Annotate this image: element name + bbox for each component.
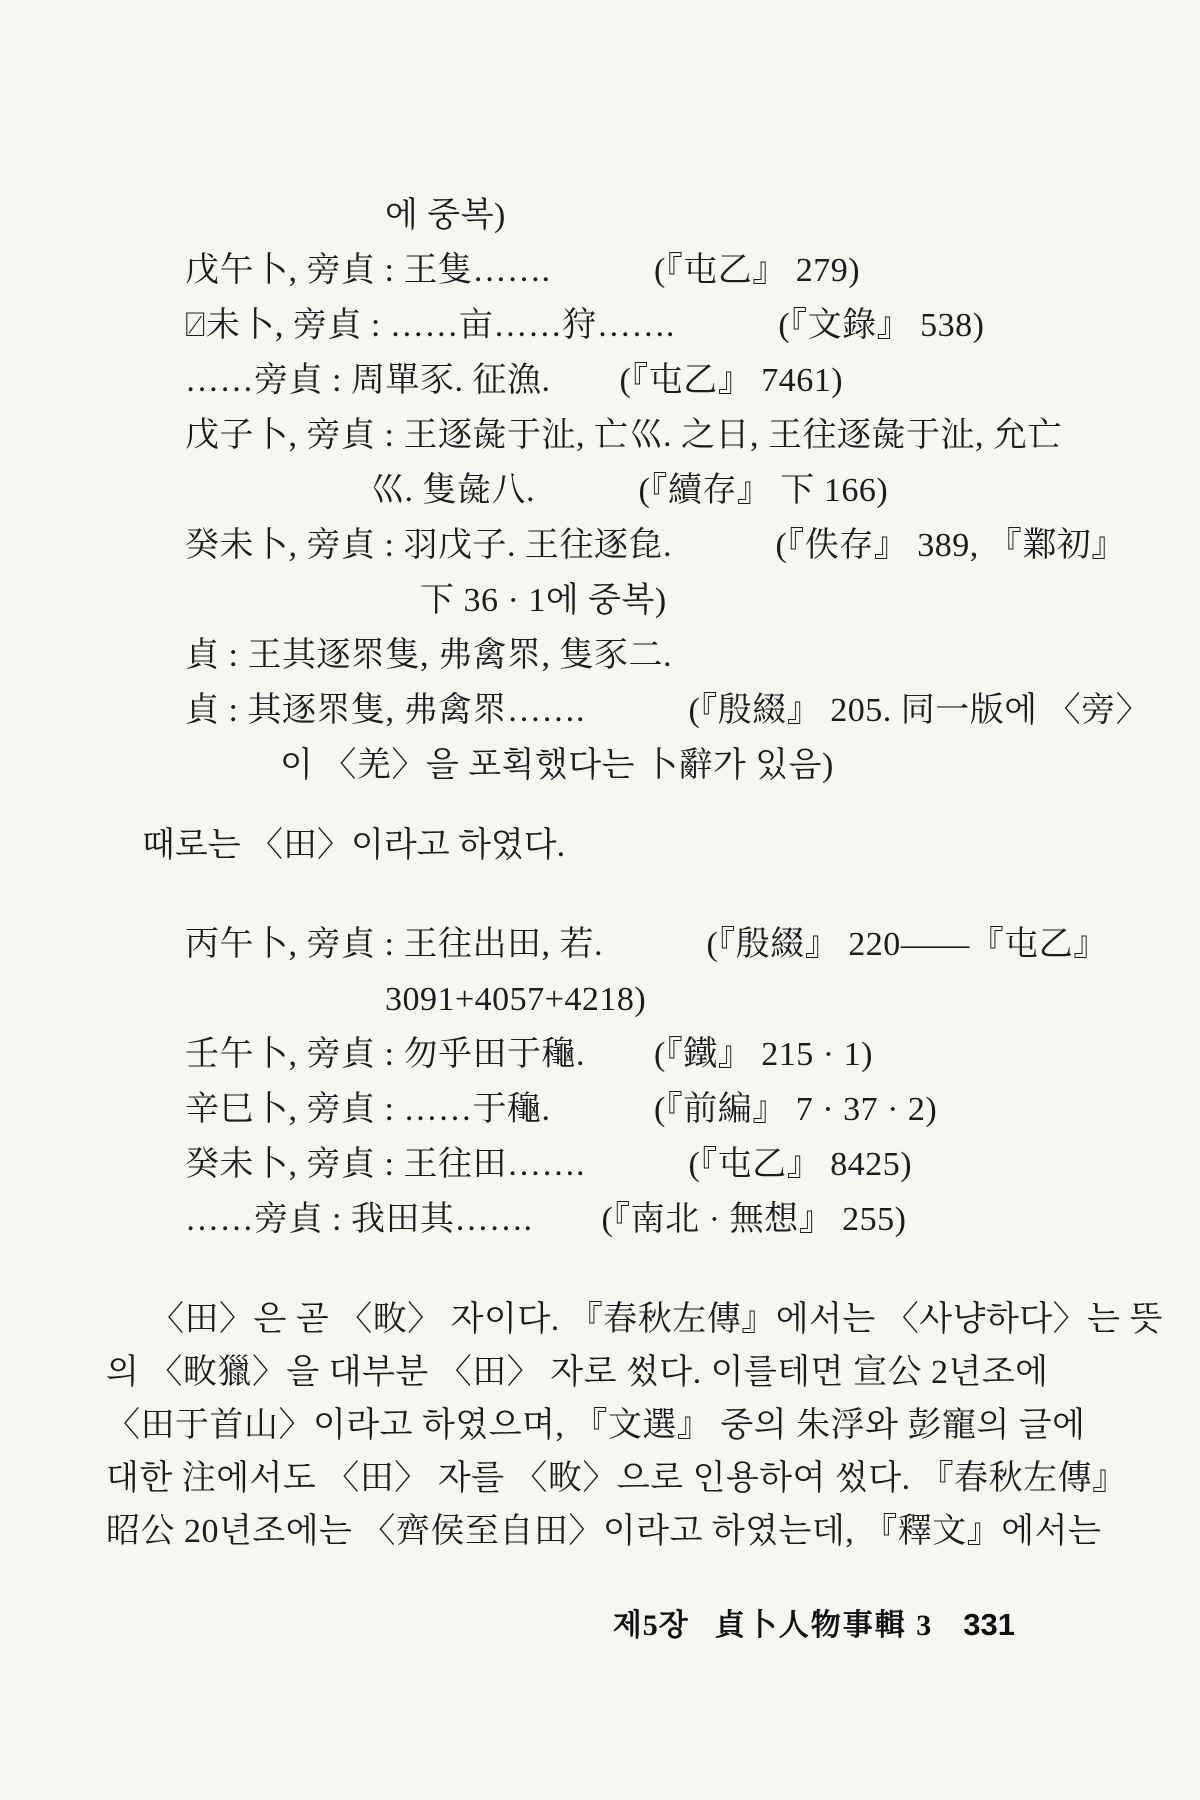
quote-line: 壬午卜, 旁貞 : 勿乎田于龝. (『鐵』 215 · 1): [185, 1027, 1140, 1082]
quote-line: 貞 : 王其逐眔隻, 弗禽眔, 隻豕二.: [185, 628, 1140, 683]
quote-line: ⍁未卜, 旁貞 : ……亩……狩……. (『文錄』 538): [185, 298, 1140, 353]
quote-line: 癸未卜, 旁貞 : 王往田……. (『屯乙』 8425): [185, 1137, 1140, 1192]
paragraph-line: 때로는 〈田〉이라고 하였다.: [108, 819, 1110, 873]
quote-line: 戊午卜, 旁貞 : 王隻……. (『屯乙』 279): [185, 243, 1140, 298]
oracle-inscription-block-2: 丙午卜, 旁貞 : 王往出田, 若. (『殷綴』 220——『屯乙』 3091+…: [0, 917, 1200, 1247]
paragraph-line: 昭公 20년조에는 〈齊侯至自田〉이라고 하였는데, 『釋文』에서는: [106, 1505, 1112, 1558]
page-footer: 제5장貞卜人物事輯 3331: [0, 1600, 1200, 1644]
quote-line: 3091+4057+4218): [185, 972, 1140, 1027]
oracle-inscription-block-1: 에 중복) 戊午卜, 旁貞 : 王隻……. (『屯乙』 279) ⍁未卜, 旁貞…: [0, 188, 1200, 793]
paragraph-line: 대한 注에서도 〈田〉 자를 〈畋〉으로 인용하여 썼다. 『春秋左傳』: [106, 1452, 1112, 1505]
paragraph-line: 의 〈畋獵〉을 대부분 〈田〉 자로 썼다. 이를테면 宣公 2년조에: [106, 1346, 1112, 1399]
page-number: 331: [963, 1607, 1015, 1642]
body-text-paragraph: 〈田〉은 곧 〈畋〉 자이다. 『春秋左傳』에서는 〈사냥하다〉는 뜻 의 〈畋…: [0, 1293, 1200, 1558]
quote-line: 辛巳卜, 旁貞 : ……于龝. (『前編』 7 · 37 · 2): [185, 1082, 1140, 1137]
scanned-book-page: 에 중복) 戊午卜, 旁貞 : 王隻……. (『屯乙』 279) ⍁未卜, 旁貞…: [0, 0, 1200, 1800]
quote-line: 丙午卜, 旁貞 : 王往出田, 若. (『殷綴』 220——『屯乙』: [185, 917, 1140, 972]
quote-line: 下 36 · 1에 중복): [185, 573, 1140, 628]
quote-line: 貞 : 其逐眔隻, 弗禽眔……. (『殷綴』 205. 同一版에 〈旁〉: [185, 683, 1140, 738]
book-title: 貞卜人物事輯 3: [715, 1609, 934, 1642]
paragraph-line: 〈田于首山〉이라고 하였으며, 『文選』 중의 朱浮와 彭寵의 글에: [106, 1399, 1112, 1452]
quote-line: 巛. 隻彘八. (『續存』 下 166): [185, 463, 1140, 518]
quote-line: ……旁貞 : 我田其……. (『南北 · 無想』 255): [185, 1192, 1140, 1247]
chapter-label: 제5장: [613, 1609, 689, 1642]
quote-line: 이 〈羌〉을 포획했다는 卜辭가 있음): [185, 738, 1140, 793]
quote-line: 에 중복): [185, 188, 1140, 243]
quote-line: ……旁貞 : 周單豕. 征漁. (『屯乙』 7461): [185, 353, 1140, 408]
quote-line: 癸未卜, 旁貞 : 羽戊子. 王往逐㲋. (『佚存』 389, 『鄴初』: [185, 518, 1140, 573]
paragraph-line: 〈田〉은 곧 〈畋〉 자이다. 『春秋左傳』에서는 〈사냥하다〉는 뜻: [106, 1293, 1112, 1346]
body-text-sentence: 때로는 〈田〉이라고 하였다.: [0, 819, 1200, 873]
quote-line: 戊子卜, 旁貞 : 王逐彘于沚, 亡巛. 之日, 王往逐彘于沚, 允亡: [185, 408, 1140, 463]
